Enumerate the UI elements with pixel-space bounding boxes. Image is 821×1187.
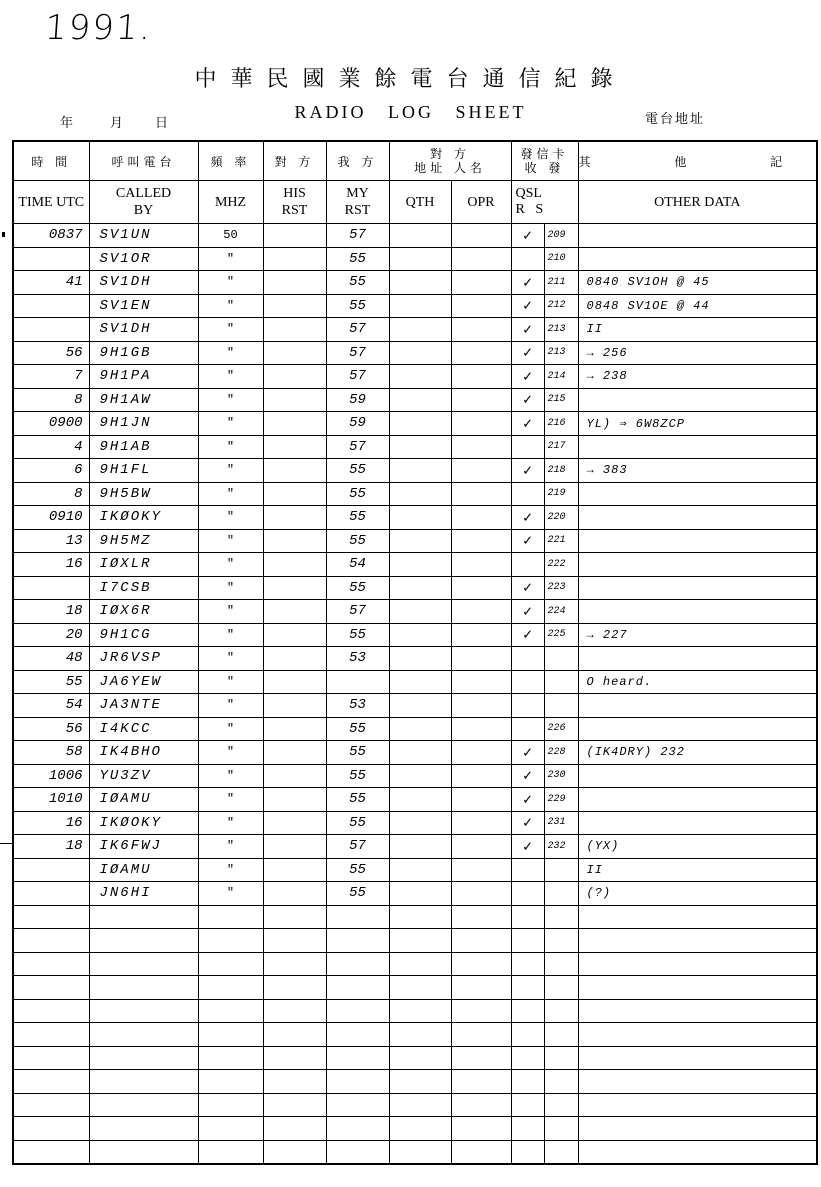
time-cell xyxy=(13,1023,89,1047)
opr-cell xyxy=(451,388,511,412)
log-row: 69H1FL"55✓218→ 383 xyxy=(13,459,817,483)
other-data-cell: → 238 xyxy=(578,365,817,389)
opr-cell xyxy=(451,1117,511,1141)
mhz-cell: " xyxy=(198,459,263,483)
qth-cell xyxy=(389,435,451,459)
qsl-received-cell: ✓ xyxy=(511,788,544,812)
my-rst-cell xyxy=(326,1093,389,1117)
callsign-cell: 9H1AW xyxy=(89,388,198,412)
mhz-cell: " xyxy=(198,247,263,271)
callsign-cell: JR6VSP xyxy=(89,647,198,671)
callsign-cell: JN6HI xyxy=(89,882,198,906)
qsl-received-cell xyxy=(511,999,544,1023)
opr-cell xyxy=(451,647,511,671)
other-data-cell xyxy=(578,1023,817,1047)
qth-cell xyxy=(389,459,451,483)
qsl-received-cell: ✓ xyxy=(511,318,544,342)
qth-cell xyxy=(389,294,451,318)
header-zh-freq: 頻 率 xyxy=(198,141,263,181)
my-rst-cell: 57 xyxy=(326,318,389,342)
qth-cell xyxy=(389,1070,451,1094)
mhz-cell: " xyxy=(198,435,263,459)
my-rst-cell: 57 xyxy=(326,600,389,624)
other-data-cell xyxy=(578,553,817,577)
header-zh-qsl-bottom: 收 發 xyxy=(512,161,578,175)
my-rst-cell: 53 xyxy=(326,647,389,671)
other-data-cell xyxy=(578,600,817,624)
callsign-cell xyxy=(89,1023,198,1047)
callsign-cell: IK6FWJ xyxy=(89,835,198,859)
qth-cell xyxy=(389,1046,451,1070)
my-rst-cell xyxy=(326,670,389,694)
opr-cell xyxy=(451,365,511,389)
time-cell: 1006 xyxy=(13,764,89,788)
my-rst-cell: 53 xyxy=(326,694,389,718)
qth-cell xyxy=(389,694,451,718)
opr-cell xyxy=(451,294,511,318)
callsign-cell: 9H1PA xyxy=(89,365,198,389)
time-cell: 13 xyxy=(13,529,89,553)
qsl-received-cell: ✓ xyxy=(511,835,544,859)
mhz-cell: " xyxy=(198,764,263,788)
callsign-cell: IØAMU xyxy=(89,788,198,812)
mhz-cell: 50 xyxy=(198,224,263,248)
log-row: 48JR6VSP"53 xyxy=(13,647,817,671)
qth-cell xyxy=(389,576,451,600)
mhz-cell: " xyxy=(198,271,263,295)
qsl-sent-cell: 226 xyxy=(544,717,578,741)
blank-log-row xyxy=(13,999,817,1023)
qth-cell xyxy=(389,976,451,1000)
mhz-cell xyxy=(198,905,263,929)
his-rst-cell xyxy=(263,247,326,271)
qth-cell xyxy=(389,318,451,342)
qth-cell xyxy=(389,506,451,530)
year-annotation: 1991. xyxy=(44,8,154,48)
qth-cell xyxy=(389,341,451,365)
log-row: 569H1GB"57✓213→ 256 xyxy=(13,341,817,365)
his-rst-cell xyxy=(263,1140,326,1164)
header-time-utc: TIME UTC xyxy=(13,181,89,224)
callsign-cell: IKØOKY xyxy=(89,506,198,530)
mhz-cell: " xyxy=(198,482,263,506)
other-data-cell: O heard. xyxy=(578,670,817,694)
callsign-cell: 9H5BW xyxy=(89,482,198,506)
time-cell xyxy=(13,858,89,882)
other-data-cell xyxy=(578,388,817,412)
his-rst-cell xyxy=(263,764,326,788)
my-rst-cell: 55 xyxy=(326,482,389,506)
other-data-cell: → 256 xyxy=(578,341,817,365)
qth-cell xyxy=(389,882,451,906)
my-rst-cell: 55 xyxy=(326,459,389,483)
his-rst-cell xyxy=(263,271,326,295)
opr-cell xyxy=(451,882,511,906)
mhz-cell: " xyxy=(198,694,263,718)
opr-cell xyxy=(451,1140,511,1164)
mhz-cell: " xyxy=(198,576,263,600)
qsl-received-cell xyxy=(511,1023,544,1047)
qth-cell xyxy=(389,999,451,1023)
log-row: 79H1PA"57✓214→ 238 xyxy=(13,365,817,389)
his-rst-cell xyxy=(263,670,326,694)
qsl-sent-cell: 213 xyxy=(544,341,578,365)
opr-cell xyxy=(451,600,511,624)
header-zh-his: 對 方 xyxy=(263,141,326,181)
time-cell: 7 xyxy=(13,365,89,389)
opr-cell xyxy=(451,976,511,1000)
opr-cell xyxy=(451,506,511,530)
opr-cell xyxy=(451,741,511,765)
header-zh-qth-opr-bottom: 地址 人名 xyxy=(390,161,511,175)
log-row: IØAMU"55II xyxy=(13,858,817,882)
log-row: 139H5MZ"55✓221 xyxy=(13,529,817,553)
opr-cell xyxy=(451,858,511,882)
other-data-cell xyxy=(578,435,817,459)
qth-cell xyxy=(389,247,451,271)
qsl-received-cell xyxy=(511,905,544,929)
mhz-cell: " xyxy=(198,529,263,553)
my-rst-cell: 59 xyxy=(326,388,389,412)
qsl-received-cell xyxy=(511,694,544,718)
qth-cell xyxy=(389,811,451,835)
qth-cell xyxy=(389,764,451,788)
time-cell: 41 xyxy=(13,271,89,295)
mhz-cell xyxy=(198,976,263,1000)
qsl-sent-cell: 225 xyxy=(544,623,578,647)
other-data-cell xyxy=(578,247,817,271)
callsign-cell xyxy=(89,976,198,1000)
other-data-cell xyxy=(578,929,817,953)
log-row: 1006YU3ZV"55✓230 xyxy=(13,764,817,788)
opr-cell xyxy=(451,929,511,953)
his-rst-cell xyxy=(263,835,326,859)
opr-cell xyxy=(451,905,511,929)
mhz-cell: " xyxy=(198,811,263,835)
mhz-cell: " xyxy=(198,412,263,436)
qth-cell xyxy=(389,670,451,694)
qsl-received-cell: ✓ xyxy=(511,294,544,318)
header-zh-qsl-top: 發信卡 xyxy=(512,147,578,161)
qth-cell xyxy=(389,858,451,882)
header-zh-qth-opr: 對 方 地址 人名 xyxy=(389,141,511,181)
qth-cell xyxy=(389,365,451,389)
mhz-cell xyxy=(198,1046,263,1070)
my-rst-cell: 57 xyxy=(326,835,389,859)
my-rst-cell: 55 xyxy=(326,271,389,295)
qsl-sent-cell xyxy=(544,952,578,976)
blank-log-row xyxy=(13,1070,817,1094)
log-row: SV1EN"55✓2120848 SV1OE @ 44 xyxy=(13,294,817,318)
qsl-sent-cell: 219 xyxy=(544,482,578,506)
mhz-cell: " xyxy=(198,741,263,765)
log-row: SV1DH"57✓213II xyxy=(13,318,817,342)
his-rst-cell xyxy=(263,224,326,248)
my-rst-cell xyxy=(326,1070,389,1094)
mhz-cell: " xyxy=(198,506,263,530)
qth-cell xyxy=(389,600,451,624)
log-entries: 0837SV1UN5057✓209SV1OR"5521041SV1DH"55✓2… xyxy=(13,224,817,1165)
my-rst-cell: 55 xyxy=(326,788,389,812)
header-called-by: CALLED BY xyxy=(89,181,198,224)
opr-cell xyxy=(451,247,511,271)
time-cell: 1010 xyxy=(13,788,89,812)
qsl-sent-cell: 212 xyxy=(544,294,578,318)
qsl-sent-cell xyxy=(544,1023,578,1047)
qsl-received-cell: ✓ xyxy=(511,388,544,412)
my-rst-cell: 55 xyxy=(326,741,389,765)
other-data-cell xyxy=(578,717,817,741)
blank-log-row xyxy=(13,905,817,929)
log-row: JN6HI"55(?) xyxy=(13,882,817,906)
his-rst-cell xyxy=(263,1070,326,1094)
qth-cell xyxy=(389,224,451,248)
qsl-received-cell xyxy=(511,717,544,741)
time-cell xyxy=(13,1093,89,1117)
mhz-cell: " xyxy=(198,600,263,624)
callsign-cell: IKØOKY xyxy=(89,811,198,835)
time-cell: 56 xyxy=(13,341,89,365)
time-cell: 0837 xyxy=(13,224,89,248)
other-data-cell: 0848 SV1OE @ 44 xyxy=(578,294,817,318)
qth-cell xyxy=(389,529,451,553)
other-data-cell: (?) xyxy=(578,882,817,906)
his-rst-cell xyxy=(263,553,326,577)
qsl-received-cell xyxy=(511,976,544,1000)
log-row: 89H1AW"59✓215 xyxy=(13,388,817,412)
qsl-received-cell xyxy=(511,952,544,976)
my-rst-cell xyxy=(326,929,389,953)
my-rst-cell xyxy=(326,976,389,1000)
my-rst-cell: 55 xyxy=(326,764,389,788)
opr-cell xyxy=(451,835,511,859)
header-row-chinese: 時 間 呼叫電台 頻 率 對 方 我 方 對 方 地址 人名 發信卡 收 發 其… xyxy=(13,141,817,181)
callsign-cell: JA3NTE xyxy=(89,694,198,718)
qth-cell xyxy=(389,741,451,765)
log-row: 89H5BW"55219 xyxy=(13,482,817,506)
qsl-sent-cell xyxy=(544,905,578,929)
other-data-cell xyxy=(578,1117,817,1141)
qsl-received-cell xyxy=(511,858,544,882)
qsl-received-cell: ✓ xyxy=(511,365,544,389)
callsign-cell xyxy=(89,905,198,929)
mhz-cell xyxy=(198,929,263,953)
qsl-received-cell xyxy=(511,553,544,577)
time-cell xyxy=(13,999,89,1023)
callsign-cell xyxy=(89,1117,198,1141)
callsign-cell xyxy=(89,1046,198,1070)
qsl-received-cell xyxy=(511,647,544,671)
mhz-cell: " xyxy=(198,717,263,741)
qth-cell xyxy=(389,1093,451,1117)
qsl-sent-cell xyxy=(544,929,578,953)
callsign-cell: IK4BHO xyxy=(89,741,198,765)
his-rst-cell xyxy=(263,647,326,671)
other-data-cell xyxy=(578,576,817,600)
other-data-cell xyxy=(578,976,817,1000)
other-data-cell: → 227 xyxy=(578,623,817,647)
qsl-received-cell: ✓ xyxy=(511,341,544,365)
log-row: 58IK4BHO"55✓228(IK4DRY) 232 xyxy=(13,741,817,765)
qsl-sent-cell: 224 xyxy=(544,600,578,624)
my-rst-cell: 55 xyxy=(326,576,389,600)
his-rst-cell xyxy=(263,600,326,624)
log-row: 18IK6FWJ"57✓232(YX) xyxy=(13,835,817,859)
my-rst-cell: 55 xyxy=(326,811,389,835)
opr-cell xyxy=(451,952,511,976)
my-rst-cell: 57 xyxy=(326,224,389,248)
qth-cell xyxy=(389,647,451,671)
qth-cell xyxy=(389,271,451,295)
opr-cell xyxy=(451,623,511,647)
other-data-cell xyxy=(578,999,817,1023)
callsign-cell: IØAMU xyxy=(89,858,198,882)
qth-cell xyxy=(389,905,451,929)
qsl-sent-cell: 222 xyxy=(544,553,578,577)
opr-cell xyxy=(451,1093,511,1117)
his-rst-cell xyxy=(263,929,326,953)
my-rst-cell: 55 xyxy=(326,247,389,271)
header-qsl-r: R xyxy=(516,202,525,217)
date-label-day: 日 xyxy=(155,112,168,131)
blank-log-row xyxy=(13,1023,817,1047)
time-cell: 54 xyxy=(13,694,89,718)
time-cell xyxy=(13,576,89,600)
time-cell: 4 xyxy=(13,435,89,459)
qsl-received-cell: ✓ xyxy=(511,506,544,530)
time-cell xyxy=(13,1070,89,1094)
qsl-received-cell: ✓ xyxy=(511,224,544,248)
log-row: 0837SV1UN5057✓209 xyxy=(13,224,817,248)
qsl-sent-cell xyxy=(544,670,578,694)
opr-cell xyxy=(451,717,511,741)
mhz-cell xyxy=(198,1023,263,1047)
log-row: 54JA3NTE"53 xyxy=(13,694,817,718)
time-cell: 58 xyxy=(13,741,89,765)
qsl-received-cell: ✓ xyxy=(511,459,544,483)
callsign-cell: I7CSB xyxy=(89,576,198,600)
opr-cell xyxy=(451,318,511,342)
mhz-cell: " xyxy=(198,647,263,671)
his-rst-cell xyxy=(263,717,326,741)
time-cell xyxy=(13,952,89,976)
his-rst-cell xyxy=(263,999,326,1023)
callsign-cell: IØX6R xyxy=(89,600,198,624)
qsl-sent-cell: 229 xyxy=(544,788,578,812)
header-qsl-s: S xyxy=(535,202,543,217)
opr-cell xyxy=(451,811,511,835)
opr-cell xyxy=(451,412,511,436)
qsl-received-cell: ✓ xyxy=(511,623,544,647)
qsl-sent-cell xyxy=(544,694,578,718)
opr-cell xyxy=(451,271,511,295)
time-cell xyxy=(13,247,89,271)
callsign-cell: 9H1AB xyxy=(89,435,198,459)
log-row: 16IKØOKY"55✓231 xyxy=(13,811,817,835)
his-rst-cell xyxy=(263,905,326,929)
log-row: I7CSB"55✓223 xyxy=(13,576,817,600)
other-data-cell: (YX) xyxy=(578,835,817,859)
callsign-cell: SV1EN xyxy=(89,294,198,318)
log-row: 41SV1DH"55✓2110840 SV1OH @ 45 xyxy=(13,271,817,295)
time-cell: 8 xyxy=(13,482,89,506)
other-data-cell xyxy=(578,224,817,248)
date-label-month: 月 xyxy=(110,112,123,131)
header-mhz: MHZ xyxy=(198,181,263,224)
other-data-cell: → 383 xyxy=(578,459,817,483)
other-data-cell xyxy=(578,506,817,530)
my-rst-cell: 55 xyxy=(326,858,389,882)
my-rst-cell: 57 xyxy=(326,341,389,365)
qth-cell xyxy=(389,553,451,577)
qsl-sent-cell: 230 xyxy=(544,764,578,788)
opr-cell xyxy=(451,435,511,459)
header-other-data: OTHER DATA xyxy=(578,181,817,224)
blank-log-row xyxy=(13,929,817,953)
qsl-sent-cell: 210 xyxy=(544,247,578,271)
header-his-rst: HIS RST xyxy=(263,181,326,224)
qsl-received-cell xyxy=(511,670,544,694)
time-cell xyxy=(13,294,89,318)
qsl-sent-cell: 216 xyxy=(544,412,578,436)
mhz-cell xyxy=(198,1070,263,1094)
qsl-sent-cell xyxy=(544,882,578,906)
time-cell xyxy=(13,882,89,906)
qsl-received-cell: ✓ xyxy=(511,600,544,624)
my-rst-cell: 55 xyxy=(326,623,389,647)
other-data-cell xyxy=(578,1093,817,1117)
header-qsl: QSL R S xyxy=(511,181,578,224)
mhz-cell: " xyxy=(198,882,263,906)
log-row: 56I4KCC"55226 xyxy=(13,717,817,741)
blank-log-row xyxy=(13,1140,817,1164)
qsl-received-cell xyxy=(511,1117,544,1141)
qsl-received-cell: ✓ xyxy=(511,811,544,835)
his-rst-cell xyxy=(263,576,326,600)
opr-cell xyxy=(451,1046,511,1070)
opr-cell xyxy=(451,788,511,812)
my-rst-cell: 54 xyxy=(326,553,389,577)
qsl-sent-cell xyxy=(544,1117,578,1141)
other-data-cell xyxy=(578,952,817,976)
header-my-rst: MY RST xyxy=(326,181,389,224)
mhz-cell xyxy=(198,999,263,1023)
qsl-received-cell: ✓ xyxy=(511,412,544,436)
header-zh-time: 時 間 xyxy=(13,141,89,181)
other-data-cell xyxy=(578,764,817,788)
qsl-sent-cell: 214 xyxy=(544,365,578,389)
blank-log-row xyxy=(13,952,817,976)
time-cell: 48 xyxy=(13,647,89,671)
callsign-cell: SV1DH xyxy=(89,318,198,342)
qth-cell xyxy=(389,388,451,412)
opr-cell xyxy=(451,999,511,1023)
callsign-cell: YU3ZV xyxy=(89,764,198,788)
his-rst-cell xyxy=(263,482,326,506)
callsign-cell: 9H1JN xyxy=(89,412,198,436)
mhz-cell xyxy=(198,1093,263,1117)
callsign-cell xyxy=(89,1140,198,1164)
qsl-sent-cell: 217 xyxy=(544,435,578,459)
callsign-cell: SV1OR xyxy=(89,247,198,271)
qsl-received-cell xyxy=(511,435,544,459)
other-data-cell xyxy=(578,1070,817,1094)
time-cell xyxy=(13,1117,89,1141)
callsign-cell xyxy=(89,1070,198,1094)
log-row: 16IØXLR"54222 xyxy=(13,553,817,577)
opr-cell xyxy=(451,764,511,788)
qsl-received-cell xyxy=(511,247,544,271)
